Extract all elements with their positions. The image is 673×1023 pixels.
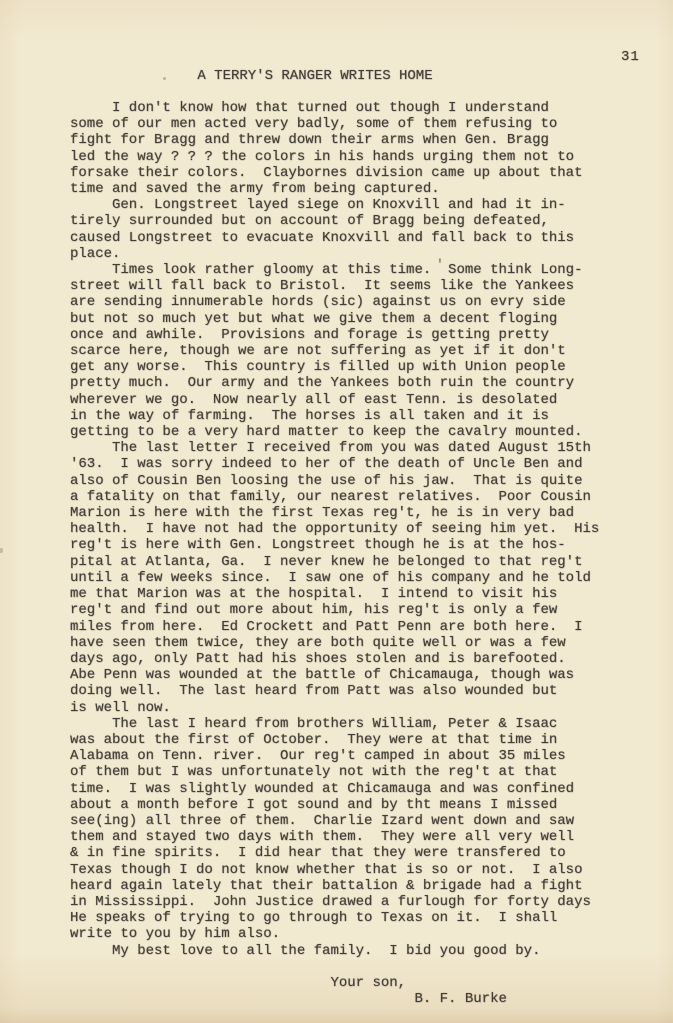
stray-typewriter-mark: ': [436, 257, 444, 272]
scanned-letter-page: 31 A TERRY'S RANGER WRITES HOME I don't …: [0, 0, 673, 1023]
letter-body: I don't know how that turned out though …: [70, 100, 599, 1007]
page-number: 31: [621, 49, 640, 65]
page-title: A TERRY'S RANGER WRITES HOME: [70, 68, 560, 85]
paper-edge-mark: [0, 548, 3, 553]
paper-speck: [163, 77, 166, 80]
